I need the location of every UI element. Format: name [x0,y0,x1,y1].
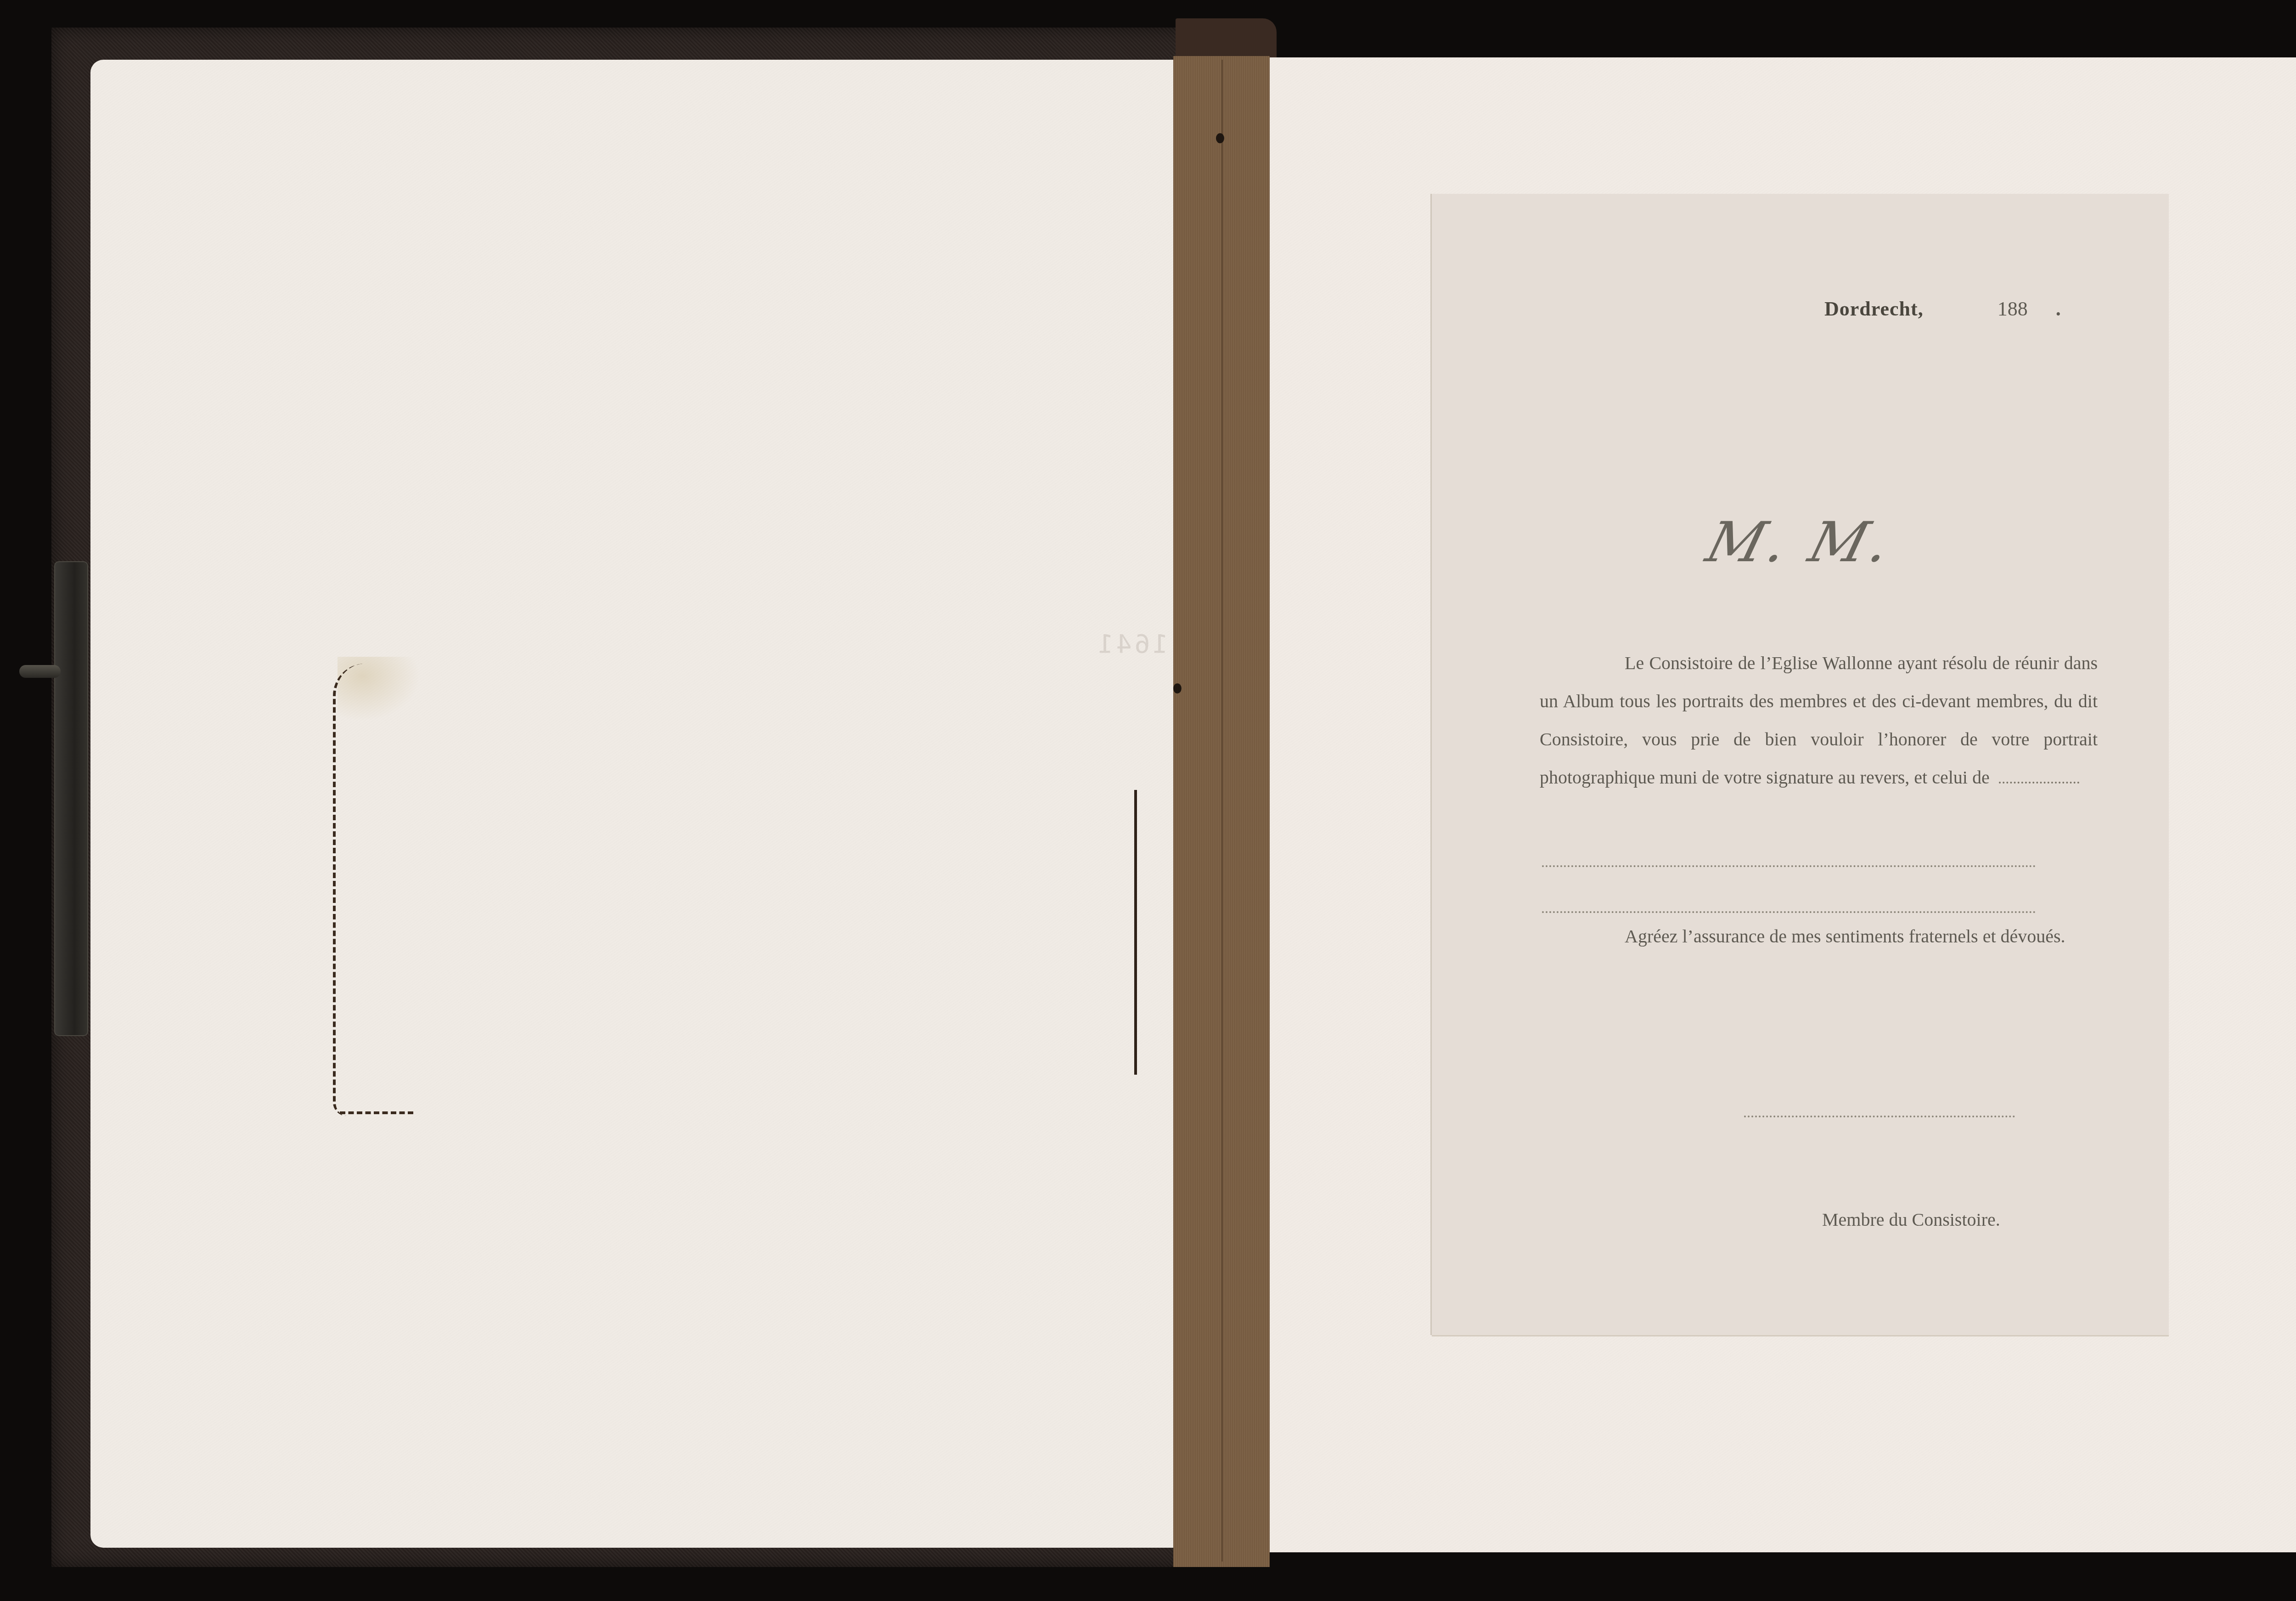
date-line: Dordrecht, 188 . [1824,297,2061,321]
left-clasp[interactable] [54,561,88,1036]
spine-spot [1173,683,1182,693]
fill-in-line-1 [1542,865,2036,867]
date-city: Dordrecht, [1824,298,1924,320]
salutation: M. M. [1423,511,2177,575]
invitation-card: Dordrecht, 188 . M. M. Le Consistoire de… [1432,194,2169,1335]
left-clasp-knob-icon[interactable] [19,665,61,678]
spine-spot [1216,133,1224,143]
signature-line [1744,1116,2015,1117]
body-paragraph: Le Consistoire de l’Eglise Wallonne ayan… [1540,644,2098,796]
spine-head [1176,18,1277,60]
photo-window-bottom-edge [340,1111,413,1114]
date-dot: . [2056,298,2061,320]
photo-window-right-edge [1134,790,1137,1075]
empty-photo-window [333,664,1153,1116]
body-text: Le Consistoire de l’Eglise Wallonne ayan… [1540,653,2098,788]
date-year: 188 [1998,298,2028,320]
closing-text: Agréez l’assurance de mes sentiments fra… [1625,926,2065,947]
signature-role: Membre du Consistoire. [1822,1209,2000,1230]
closing-paragraph: Agréez l’assurance de mes sentiments fra… [1540,917,2098,955]
fill-in-line-2 [1542,911,2036,913]
show-through-mark: 1641 [1095,629,1168,659]
fill-in-blank [1999,777,2079,784]
spine-fold-line [1221,60,1223,1562]
